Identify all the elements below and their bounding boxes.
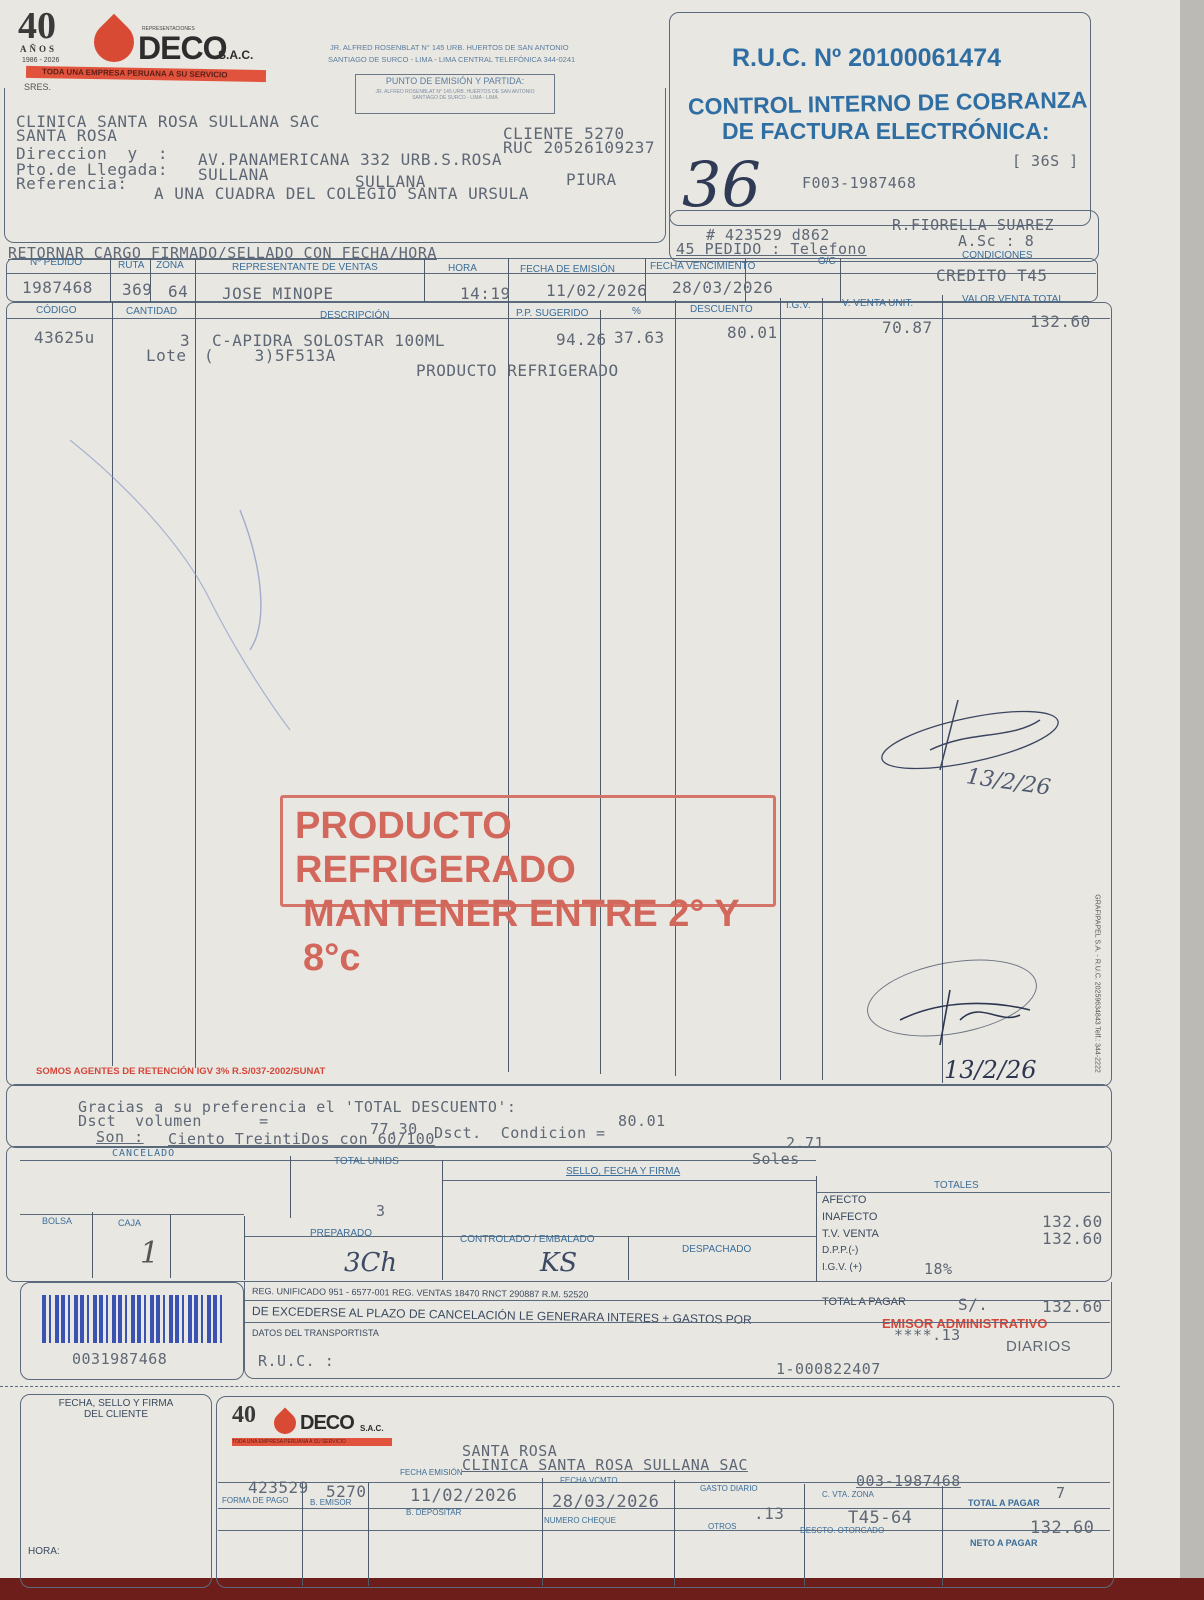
col-descuento: DESCUENTO xyxy=(690,304,753,315)
col-fecha-emision: FECHA DE EMISIÓN xyxy=(520,264,615,275)
divider xyxy=(822,298,823,1080)
logo-years: 40 xyxy=(232,1402,256,1429)
printer-imprint: GRAFIPAPEL S.A. - R.U.C. 20259634843 Tel… xyxy=(1094,894,1101,1072)
fecha-vcmto-label: FECHA VCMTO xyxy=(560,1476,618,1485)
zona-value: 64 xyxy=(168,282,188,301)
reference-label: Referencia: xyxy=(16,174,127,193)
stamp-line2: MANTENER ENTRE 2° Y 8°c xyxy=(295,892,761,980)
fecha-emision-value: 11/02/2026 xyxy=(546,281,647,300)
totals-title: TOTALES xyxy=(934,1180,979,1191)
condiciones-value: CREDITO T45 xyxy=(936,266,1047,285)
stub-logo: 40 DECO S.A.C. TODA UNA EMPRESA PERUANA … xyxy=(232,1402,402,1458)
company-ruc: R.U.C. Nº 20100061474 xyxy=(732,44,1001,73)
logo-anos: AÑOS xyxy=(20,44,57,54)
divider xyxy=(442,1160,443,1280)
col-condiciones: CONDICIONES xyxy=(962,250,1033,261)
divider xyxy=(218,1530,1110,1531)
order-asc: A.Sc : 8 xyxy=(958,232,1034,250)
logo-name: DECO xyxy=(138,30,226,67)
client-reference: A UNA CUADRA DEL COLEGIO SANTA URSULA xyxy=(154,184,529,203)
logo-name: DECO xyxy=(300,1412,354,1435)
representante-value: JOSE MINOPE xyxy=(222,284,333,303)
divider xyxy=(942,1486,943,1586)
divider xyxy=(20,1160,816,1161)
stamp-line1: PRODUCTO REFRIGERADO xyxy=(295,804,761,892)
retention-note: SOMOS AGENTES DE RETENCIÓN IGV 3% R.S/03… xyxy=(36,1066,325,1077)
stub-fecha-vcmto: 28/03/2026 xyxy=(552,1492,659,1512)
col-igv: I.G.V. xyxy=(786,300,811,311)
item-descuento: 80.01 xyxy=(727,323,778,342)
inafecto-label: INAFECTO xyxy=(822,1211,877,1223)
divider xyxy=(244,1300,1110,1301)
client-signature-title: FECHA, SELLO Y FIRMA DEL CLIENTE xyxy=(48,1398,184,1420)
divider xyxy=(780,298,781,1080)
divider xyxy=(816,1192,1110,1193)
stub-total-label: TOTAL A PAGAR xyxy=(968,1498,1040,1508)
caja-value: 1 xyxy=(140,1236,159,1271)
divider xyxy=(804,1484,805,1586)
col-descripcion: DESCRIPCIÓN xyxy=(320,310,389,321)
col-codigo: CÓDIGO xyxy=(36,305,77,316)
stub-client-name: CLINICA SANTA ROSA SULLANA SAC xyxy=(462,1456,748,1474)
gasto-diario-label: GASTO DIARIO xyxy=(700,1484,758,1493)
logo-drop-icon xyxy=(269,1407,300,1438)
c-vta-zona-label: C. VTA. ZONA xyxy=(822,1490,874,1499)
client-ruc: RUC 20526109237 xyxy=(503,138,655,157)
company-logo: 40 AÑOS 1986 - 2026 REPRESENTACIONES DEC… xyxy=(14,4,284,94)
transportista-code: 1-000822407 xyxy=(776,1360,881,1378)
controlado-label: CONTROLADO / EMBALADO xyxy=(460,1234,594,1245)
col-fecha-vencimiento: FECHA VENCIMIENTO xyxy=(650,261,755,272)
divider xyxy=(170,1214,171,1278)
neto-pagar-label: NETO A PAGAR xyxy=(970,1538,1038,1548)
afecto-label: AFECTO xyxy=(822,1194,866,1206)
logo-suffix: S.A.C. xyxy=(360,1424,384,1433)
item-pp-sugerido: 94.26 xyxy=(556,330,607,349)
stub-invoice: 003-1987468 xyxy=(856,1472,961,1490)
dsct-condicion-label: Dsct. Condicion = xyxy=(434,1124,606,1142)
logo-range: 1986 - 2026 xyxy=(22,57,59,64)
signature-icon xyxy=(880,980,1040,1050)
background-edge xyxy=(1180,0,1204,1600)
igv-label: I.G.V. (+) xyxy=(822,1262,862,1273)
col-zona: ZONA xyxy=(156,260,184,271)
divider xyxy=(368,1482,369,1586)
controlado-signature: KS xyxy=(540,1248,577,1278)
col-valor-venta-total: VALOR VENTA TOTAL xyxy=(962,294,1064,305)
transportista-ruc-label: R.U.C. : xyxy=(258,1352,334,1370)
company-address-line1: JR. ALFRED ROSENBLAT N° 145 URB. HUERTOS… xyxy=(330,43,569,52)
item-v-venta-unit: 70.87 xyxy=(882,318,933,337)
company-address-line2: SANTIAGO DE SURCO - LIMA - LIMA CENTRAL … xyxy=(328,55,575,64)
order-pedido-line: 45 PEDIDO : Telefono xyxy=(676,240,867,258)
transportista-label: DATOS DEL TRANSPORTISTA xyxy=(252,1328,379,1338)
divider xyxy=(302,1482,303,1586)
forma-pago-label: FORMA DE PAGO xyxy=(222,1496,289,1505)
logo-tagline: TODA UNA EMPRESA PERUANA A SU SERVICIO xyxy=(232,1438,392,1446)
stub-c-vta-zona: T45-64 xyxy=(848,1508,912,1528)
divider xyxy=(674,1480,675,1586)
numero-cheque-label: NUMERO CHEQUE xyxy=(544,1516,616,1525)
control-title-line2: DE FACTURA ELECTRÓNICA: xyxy=(722,118,1050,145)
divider xyxy=(244,1216,245,1280)
fecha-vencimiento-value: 28/03/2026 xyxy=(672,278,773,297)
stub-gasto-diario: .13 xyxy=(754,1504,784,1523)
son-label: Son : xyxy=(96,1128,144,1146)
pen-scribble-icon xyxy=(60,420,300,740)
divider xyxy=(110,258,111,302)
client-signature-box xyxy=(20,1394,212,1588)
refrigerated-stamp: PRODUCTO REFRIGERADO MANTENER ENTRE 2° Y… xyxy=(280,795,776,907)
preparado-signature: 3Ch xyxy=(344,1248,397,1278)
barcode xyxy=(42,1295,222,1343)
preparado-label: PREPARADO xyxy=(310,1228,372,1239)
logo-drop-icon xyxy=(86,14,143,71)
logo-suffix: S.A.C. xyxy=(218,48,253,62)
divider xyxy=(195,258,196,302)
otros-label: OTROS xyxy=(708,1522,736,1531)
col-hora: HORA xyxy=(448,263,477,274)
forma-pago-value: 423529 xyxy=(248,1478,309,1497)
col-pp-sugerido: P.P. SUGERIDO xyxy=(516,308,588,319)
divider xyxy=(92,1212,93,1278)
invoice-number: F003-1987468 xyxy=(802,174,916,192)
stub-check-digit: 7 xyxy=(1056,1484,1066,1502)
total-descuento: 80.01 xyxy=(618,1112,666,1130)
col-cantidad: CANTIDAD xyxy=(126,306,177,317)
divider xyxy=(628,1236,629,1280)
interest-unit: DIARIOS xyxy=(1006,1338,1071,1355)
item-lote-label: Lote xyxy=(146,346,187,365)
hora-label: HORA: xyxy=(28,1546,60,1557)
refrigerated-note: PRODUCTO REFRIGERADO xyxy=(416,361,619,380)
sello-label: SELLO, FECHA Y FIRMA xyxy=(566,1166,680,1177)
perforation-line xyxy=(0,1386,1120,1387)
tv-venta-value: 132.60 xyxy=(1042,1229,1103,1248)
col-pedido: Nº PEDIDO xyxy=(30,257,82,268)
total-unids-label: TOTAL UNIDS xyxy=(334,1156,399,1167)
barcode-number: 0031987468 xyxy=(72,1350,167,1368)
caja-label: CAJA xyxy=(118,1218,141,1228)
igv-rate: 18% xyxy=(924,1260,953,1278)
cancelado-label: CANCELADO xyxy=(112,1148,175,1159)
divider xyxy=(424,258,425,302)
arrival-region: PIURA xyxy=(566,170,617,189)
client-short-name: SANTA ROSA xyxy=(16,126,117,145)
signature-date-2: 13/2/26 xyxy=(944,1056,1037,1084)
col-porcentaje: % xyxy=(632,306,641,317)
total-unids: 3 xyxy=(376,1202,386,1220)
col-v-venta-unit: V. VENTA UNIT. xyxy=(842,298,913,309)
tv-venta-label: T.V. VENTA xyxy=(822,1228,879,1240)
divider xyxy=(244,1322,1110,1323)
divider xyxy=(290,1156,291,1218)
stub-total-value: 132.60 xyxy=(1030,1518,1094,1538)
divider xyxy=(218,1508,1110,1509)
stub-fecha-emision: 11/02/2026 xyxy=(410,1486,517,1506)
emisor-label: EMISOR ADMINISTRATIVO xyxy=(882,1316,1047,1331)
b-depositar-label: B. DEPOSITAR xyxy=(406,1508,461,1517)
item-valor-venta-total: 132.60 xyxy=(1030,312,1091,331)
logo-years: 40 xyxy=(18,4,56,48)
col-ruta: RUTA xyxy=(118,260,144,271)
divider xyxy=(840,258,841,302)
ruta-value: 369 xyxy=(122,280,152,299)
divider xyxy=(442,1180,816,1181)
item-porcentaje: 37.63 xyxy=(614,328,665,347)
pedido-value: 1987468 xyxy=(22,278,93,297)
route-code: [ 36S ] xyxy=(1012,152,1079,170)
divider xyxy=(542,1478,543,1586)
despachado-label: DESPACHADO xyxy=(682,1244,751,1255)
dpp-label: D.P.P.(-) xyxy=(822,1245,858,1256)
b-emisor-value: 5270 xyxy=(326,1482,367,1501)
col-representante: REPRESENTANTE DE VENTAS xyxy=(232,262,378,273)
col-oc: O/C xyxy=(818,256,836,267)
punto-emision-title: PUNTO DE EMISIÓN Y PARTIDA: xyxy=(356,76,554,86)
hora-value: 14:19 xyxy=(460,284,511,303)
arrival-city: SULLANA xyxy=(198,165,269,184)
bolsa-label: BOLSA xyxy=(42,1216,72,1226)
fecha-emision-label: FECHA EMISIÓN xyxy=(400,1468,463,1477)
logo-tagline: TODA UNA EMPRESA PERUANA A SU SERVICIO xyxy=(26,66,266,82)
divider xyxy=(20,1214,244,1215)
item-lote: ( 3)5F513A xyxy=(204,346,336,365)
item-codigo: 43625u xyxy=(34,328,95,347)
